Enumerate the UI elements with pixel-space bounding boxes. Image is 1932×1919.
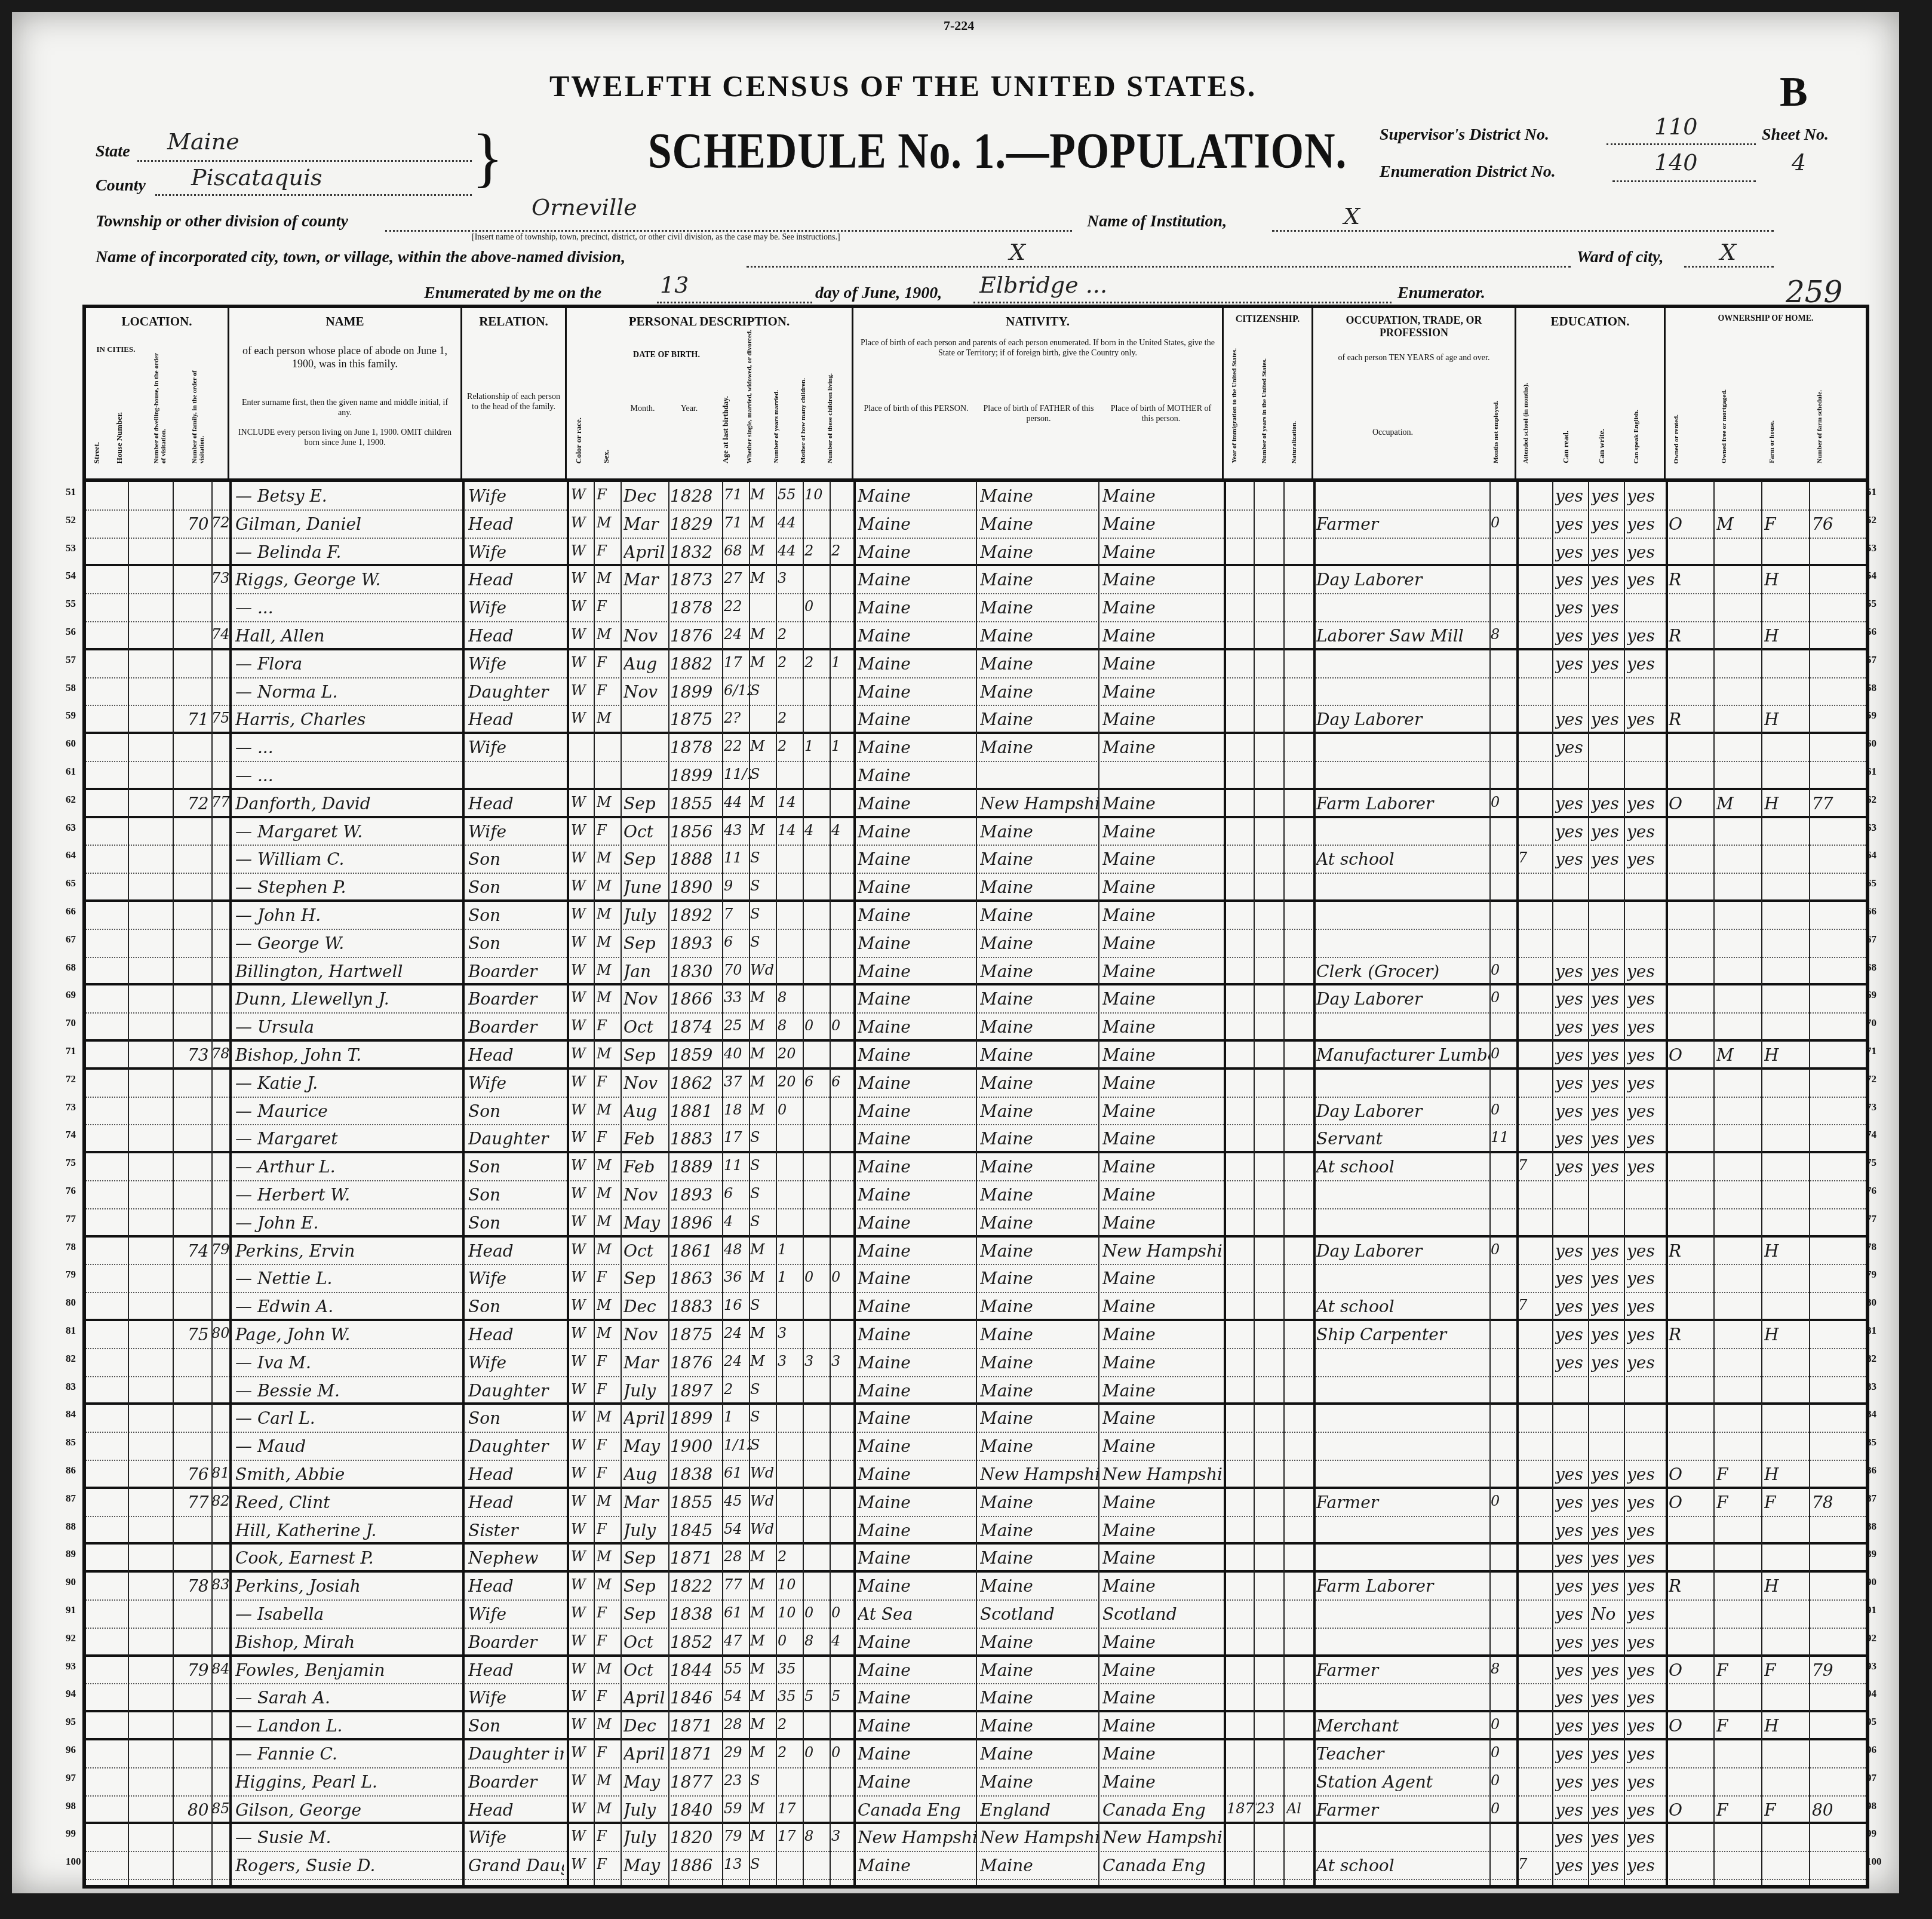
cell-write: yes [1591, 1045, 1627, 1065]
line-number: 88 [66, 1521, 76, 1533]
column-divider [1098, 481, 1099, 1885]
cell-color: W [571, 1213, 595, 1230]
cell-fs: 76 [1812, 514, 1860, 534]
city-label: Name of incorporated city, town, or vill… [96, 248, 625, 267]
cell-bf: Maine [980, 486, 1099, 506]
cell-month: Aug [623, 654, 668, 674]
cell-age: 16 [724, 1297, 751, 1313]
cell-write: yes [1591, 1241, 1627, 1261]
cell-mar: M [750, 1045, 777, 1062]
line-number: 55 [1866, 598, 1876, 610]
cell-write: yes [1591, 654, 1627, 674]
cell-unemp: 0 [1491, 514, 1515, 531]
cell-rel: Head [468, 1241, 564, 1261]
cell-month: Dec [623, 1297, 668, 1316]
cell-month: July [623, 905, 668, 925]
cell-eng: yes [1627, 1828, 1663, 1847]
cell-mc: 0 [804, 1604, 831, 1621]
column-divider [128, 481, 129, 1885]
cell-rel: Son [468, 934, 564, 953]
cell-own: R [1669, 626, 1713, 646]
cell-mar: M [750, 822, 777, 839]
cell-year: 1886 [670, 1856, 721, 1875]
cell-year: 1871 [670, 1716, 721, 1736]
cell-eng: yes [1627, 1548, 1663, 1568]
cell-cl: 5 [831, 1688, 852, 1705]
line-number: 74 [66, 1129, 76, 1141]
cell-month: Oct [623, 1017, 668, 1037]
cell-bf: Maine [980, 877, 1099, 897]
cell-month: June [623, 877, 668, 897]
cell-bf: Maine [980, 514, 1099, 534]
cell-bf: Maine [980, 1045, 1099, 1065]
cell-age: 54 [724, 1688, 751, 1705]
cell-sex: M [597, 1157, 621, 1174]
cell-rel: Wife [468, 1073, 564, 1093]
cell-color: W [571, 1772, 595, 1789]
line-number: 67 [66, 934, 76, 945]
cell-name: Perkins, Josiah [235, 1576, 462, 1596]
cell-name: Fowles, Benjamin [235, 1660, 462, 1680]
cell-eng: yes [1627, 710, 1663, 729]
cell-fh: H [1764, 1325, 1809, 1344]
cell-rel: Son [468, 1297, 564, 1316]
cell-year: 1871 [670, 1548, 721, 1568]
cell-year: 1830 [670, 962, 721, 981]
cell-unemp: 0 [1491, 1045, 1515, 1062]
line-number: 82 [66, 1353, 76, 1365]
line-number: 77 [1866, 1213, 1876, 1225]
cell-name: Dunn, Llewellyn J. [235, 989, 462, 1009]
cell-name: — Susie M. [235, 1828, 462, 1847]
cell-color: W [571, 1017, 595, 1034]
census-title: TWELFTH CENSUS OF THE UNITED STATES. [549, 69, 1257, 103]
cell-age: 48 [724, 1241, 751, 1258]
cell-rel: Boarder [468, 1632, 564, 1652]
cell-bm: Maine [1102, 1157, 1222, 1177]
cell-write: yes [1591, 1828, 1627, 1847]
cell-year: 1899 [670, 1408, 721, 1428]
form-number: 7-224 [944, 18, 974, 33]
cell-mc: 0 [804, 598, 831, 615]
cell-cl: 0 [831, 1744, 852, 1761]
cell-name: — Arthur L. [235, 1157, 462, 1177]
cell-rel: Boarder [468, 1017, 564, 1037]
line-number: 86 [1866, 1464, 1876, 1476]
cell-own: O [1669, 1045, 1713, 1065]
institution-value: X [1344, 203, 1360, 229]
cell-read: yes [1555, 989, 1591, 1009]
cell-write: yes [1591, 1157, 1627, 1177]
cell-sex: F [597, 1688, 621, 1705]
cell-color: W [571, 1521, 595, 1537]
cell-month: Mar [623, 1493, 668, 1512]
cell-month: Mar [623, 514, 668, 534]
cell-read: yes [1555, 710, 1591, 729]
cell-mar: M [750, 738, 777, 754]
cell-year: 1838 [670, 1464, 721, 1484]
cell-bf: Maine [980, 962, 1099, 981]
cell-eng: yes [1627, 822, 1663, 842]
cell-read: yes [1555, 1353, 1591, 1373]
line-number: 65 [1866, 877, 1876, 889]
cell-bf: Maine [980, 1297, 1099, 1316]
cell-bm: Maine [1102, 962, 1222, 981]
column-divider [1588, 481, 1589, 1885]
cell-name: — Ursula [235, 1017, 462, 1037]
cell-year: 1899 [670, 766, 721, 785]
cell-mar: M [750, 486, 777, 503]
cell-month: July [623, 1521, 668, 1540]
cell-age: 24 [724, 626, 751, 643]
cell-occ: Ship Carpenter [1316, 1325, 1489, 1344]
cell-mc: 2 [804, 654, 831, 671]
line-number: 52 [66, 514, 76, 526]
cell-mar: S [750, 1408, 777, 1425]
cell-age: 6/12 [724, 682, 751, 699]
cell-year: 1855 [670, 794, 721, 813]
cell-ym: 2 [778, 738, 804, 754]
cell-bf: Maine [980, 905, 1099, 925]
cell-year: 1863 [670, 1269, 721, 1288]
cell-rel: Head [468, 514, 564, 534]
cell-name: — William C. [235, 849, 462, 869]
cell-bf: Maine [980, 1688, 1099, 1708]
cell-color: W [571, 1493, 595, 1509]
cell-occ: At school [1316, 1856, 1489, 1875]
cell-mar: M [750, 1548, 777, 1565]
line-number: 83 [1866, 1381, 1876, 1393]
cell-mar: M [750, 514, 777, 531]
cell-mar: M [750, 570, 777, 587]
cell-write: yes [1591, 1660, 1627, 1680]
cell-year: 1897 [670, 1381, 721, 1401]
cell-year: 1874 [670, 1017, 721, 1037]
supervisor-value: 110 [1654, 113, 1698, 140]
cell-mar: Wd [750, 1521, 777, 1537]
line-number: 100 [66, 1856, 81, 1868]
column-divider [1224, 481, 1226, 1885]
line-number: 76 [66, 1185, 76, 1197]
cell-write: yes [1591, 710, 1627, 729]
cell-fh: F [1764, 1493, 1809, 1512]
cell-age: 40 [724, 1045, 751, 1062]
line-number: 67 [1866, 934, 1876, 945]
cell-bp: Maine [858, 1101, 977, 1121]
line-number: 94 [1866, 1688, 1876, 1700]
cell-color: W [571, 626, 595, 643]
cell-yrs: 23 [1257, 1800, 1286, 1817]
cell-month: Sep [623, 1269, 668, 1288]
cell-bp: Maine [858, 1493, 977, 1512]
cell-bp: Maine [858, 877, 977, 897]
cell-read: yes [1555, 626, 1591, 646]
cell-mar: S [750, 849, 777, 866]
cell-bf: Maine [980, 1521, 1099, 1540]
cell-fm: M [1716, 794, 1761, 813]
cell-write: yes [1591, 1325, 1627, 1344]
cell-rel: Daughter in Law [468, 1744, 564, 1764]
cell-fam: 77 [211, 794, 229, 810]
cell-eng: yes [1627, 1493, 1663, 1512]
cell-year: 1875 [670, 710, 721, 729]
cell-read: yes [1555, 1017, 1591, 1037]
cell-ym: 2 [778, 1716, 804, 1733]
cell-eng: yes [1627, 626, 1663, 646]
cell-name: — Iva M. [235, 1353, 462, 1373]
cell-age: 9 [724, 877, 751, 894]
location-header: LOCATION. IN CITIES. Street. House Numbe… [86, 308, 229, 481]
cell-mar: M [750, 1325, 777, 1341]
line-number: 57 [66, 654, 76, 666]
line-number: 94 [66, 1688, 76, 1700]
cell-ym: 2 [778, 1744, 804, 1761]
cell-year: 1890 [670, 877, 721, 897]
cell-bp: Maine [858, 1688, 977, 1708]
cell-sex: M [597, 849, 621, 866]
cell-mar: S [750, 1213, 777, 1230]
cell-year: 1899 [670, 682, 721, 702]
cell-write: yes [1591, 1548, 1627, 1568]
cell-bm: Maine [1102, 710, 1222, 729]
cell-rel: Wife [468, 654, 564, 674]
line-number: 59 [66, 710, 76, 721]
cell-color: W [571, 654, 595, 671]
cell-age: 18 [724, 1101, 751, 1118]
cell-name: — John E. [235, 1213, 462, 1233]
cell-bp: Maine [858, 1856, 977, 1875]
column-divider [1624, 481, 1625, 1885]
cell-rel: Wife [468, 1269, 564, 1288]
cell-mc: 6 [804, 1073, 831, 1090]
line-number: 55 [66, 598, 76, 610]
cell-age: 44 [724, 794, 751, 810]
cell-write: yes [1591, 626, 1627, 646]
cell-year: 1855 [670, 1493, 721, 1512]
cell-sex: M [597, 1576, 621, 1593]
cell-fam: 84 [211, 1660, 229, 1677]
cell-year: 1828 [670, 486, 721, 506]
line-number: 96 [66, 1744, 76, 1756]
cell-fh: H [1764, 1716, 1809, 1736]
cell-name: — Bessie M. [235, 1381, 462, 1401]
cell-bf: Maine [980, 1017, 1099, 1037]
cell-year: 1876 [670, 1353, 721, 1373]
line-number: 93 [66, 1660, 76, 1672]
line-number: 91 [66, 1604, 76, 1616]
cell-ym: 1 [778, 1241, 804, 1258]
column-divider [776, 481, 777, 1885]
cell-ym: 17 [778, 1828, 804, 1844]
cell-month: Sep [623, 1548, 668, 1568]
cell-age: 6 [724, 934, 751, 950]
cell-read: yes [1555, 486, 1591, 506]
cell-year: 1820 [670, 1828, 721, 1847]
cell-bm: Maine [1102, 794, 1222, 813]
cell-eng: yes [1627, 1800, 1663, 1820]
cell-eng: yes [1627, 514, 1663, 534]
cell-bp: Maine [858, 710, 977, 729]
column-divider [462, 481, 465, 1885]
line-number: 68 [66, 962, 76, 974]
cell-name: Higgins, Pearl L. [235, 1772, 462, 1792]
line-number: 53 [1866, 542, 1876, 554]
cell-mc: 8 [804, 1632, 831, 1649]
cell-write: yes [1591, 1688, 1627, 1708]
cell-mar: Wd [750, 1464, 777, 1481]
cell-age: 28 [724, 1716, 751, 1733]
cell-month: May [623, 1772, 668, 1792]
cell-rel: Wife [468, 1828, 564, 1847]
cell-name: Gilman, Daniel [235, 514, 462, 534]
line-number: 95 [1866, 1716, 1876, 1728]
line-number: 58 [1866, 682, 1876, 694]
cell-year: 1856 [670, 822, 721, 842]
line-number: 59 [1866, 710, 1876, 721]
cell-bf: Maine [980, 1241, 1099, 1261]
cell-bp: Maine [858, 1576, 977, 1596]
line-number: 80 [66, 1297, 76, 1309]
cell-bp: Maine [858, 570, 977, 589]
cell-own: O [1669, 1716, 1713, 1736]
cell-mar: M [750, 1017, 777, 1034]
cell-age: 24 [724, 1325, 751, 1341]
cell-mar: M [750, 1688, 777, 1705]
cell-bf: Maine [980, 1381, 1099, 1401]
cell-sex: M [597, 1660, 621, 1677]
cell-bp: Maine [858, 1408, 977, 1428]
cell-bp: Maine [858, 1716, 977, 1736]
cell-write: yes [1591, 822, 1627, 842]
cell-name: Page, John W. [235, 1325, 462, 1344]
cell-sch: 7 [1518, 1157, 1542, 1174]
line-number: 65 [66, 877, 76, 889]
cell-occ: Day Laborer [1316, 570, 1489, 589]
state-label: State [96, 142, 130, 161]
cell-ym: 20 [778, 1045, 804, 1062]
cell-mar: M [750, 1632, 777, 1649]
cell-read: yes [1555, 1856, 1591, 1875]
cell-name: Hill, Katherine J. [235, 1521, 462, 1540]
cell-bp: Maine [858, 1297, 977, 1316]
cell-bp: Maine [858, 514, 977, 534]
cell-own: O [1669, 1464, 1713, 1484]
cell-rel: Head [468, 1493, 564, 1512]
cell-color: W [571, 1660, 595, 1677]
cell-rel: Son [468, 1101, 564, 1121]
column-divider [1666, 481, 1668, 1885]
cell-year: 1883 [670, 1129, 721, 1149]
cell-ym: 2 [778, 654, 804, 671]
cell-year: 1822 [670, 1576, 721, 1596]
cell-sex: F [597, 1521, 621, 1537]
cell-bp: Maine [858, 738, 977, 757]
cell-unemp: 0 [1491, 1493, 1515, 1509]
cell-year: 1866 [670, 989, 721, 1009]
cell-occ: At school [1316, 1157, 1489, 1177]
cell-sex: M [597, 626, 621, 643]
cell-rel: Wife [468, 822, 564, 842]
cell-mar: M [750, 794, 777, 810]
cell-age: 6 [724, 1185, 751, 1202]
cell-bm: Maine [1102, 738, 1222, 757]
cell-unemp: 8 [1491, 1660, 1515, 1677]
line-number: 60 [1866, 738, 1876, 750]
cell-unemp: 0 [1491, 1716, 1515, 1733]
cell-rel: Wife [468, 486, 564, 506]
cell-own: O [1669, 794, 1713, 813]
cell-bf: Maine [980, 1548, 1099, 1568]
cell-eng: yes [1627, 486, 1663, 506]
cell-mar: M [750, 1576, 777, 1593]
schedule-title: SCHEDULE No. 1.—POPULATION. [648, 122, 1347, 180]
cell-eng: yes [1627, 1716, 1663, 1736]
cell-name: Reed, Clint [235, 1493, 462, 1512]
column-divider [976, 481, 977, 1885]
cell-ym: 14 [778, 822, 804, 839]
cell-age: 28 [724, 1548, 751, 1565]
line-number: 63 [1866, 822, 1876, 834]
cell-read: yes [1555, 1045, 1591, 1065]
line-number: 56 [66, 626, 76, 638]
cell-color: W [571, 1744, 595, 1761]
line-number: 75 [1866, 1157, 1876, 1169]
cell-name: Bishop, John T. [235, 1045, 462, 1065]
cell-color: W [571, 905, 595, 922]
cell-sex: M [597, 1548, 621, 1565]
cell-month: Nov [623, 989, 668, 1009]
cell-occ: At school [1316, 849, 1489, 869]
cell-month: April [623, 1744, 668, 1764]
cell-sex: M [597, 1493, 621, 1509]
cell-fh: H [1764, 626, 1809, 646]
cell-ym: 1 [778, 1269, 804, 1285]
cell-bf: Maine [980, 989, 1099, 1009]
cell-sch: 7 [1518, 1856, 1542, 1872]
cell-color: W [571, 570, 595, 587]
cell-ym: 44 [778, 542, 804, 559]
cell-color: W [571, 1548, 595, 1565]
cell-rel: Wife [468, 542, 564, 562]
cell-age: 36 [724, 1269, 751, 1285]
cell-year: 1900 [670, 1436, 721, 1456]
cell-bp: Maine [858, 1157, 977, 1177]
line-number: 72 [1866, 1073, 1876, 1085]
cell-cl: 0 [831, 1017, 852, 1034]
cell-bp: Maine [858, 1073, 977, 1093]
township-label: Township or other division of county [96, 212, 348, 231]
cell-read: yes [1555, 542, 1591, 562]
line-number: 89 [66, 1548, 76, 1560]
cell-eng: yes [1627, 654, 1663, 674]
cell-mar: S [750, 1157, 777, 1174]
cell-read: yes [1555, 794, 1591, 813]
cell-name: — Maud [235, 1436, 462, 1456]
cell-year: 1882 [670, 654, 721, 674]
cell-month: Jan [623, 962, 668, 981]
line-number: 71 [66, 1045, 76, 1057]
cell-rel: Daughter [468, 682, 564, 702]
cell-bp: Maine [858, 1269, 977, 1288]
line-number: 85 [1866, 1436, 1876, 1448]
cell-mar: M [750, 1660, 777, 1677]
line-number: 93 [1866, 1660, 1876, 1672]
cell-cl: 3 [831, 1353, 852, 1370]
cell-own: O [1669, 514, 1713, 534]
cell-sex: M [597, 1241, 621, 1258]
cell-month: July [623, 1828, 668, 1847]
cell-year: 1838 [670, 1604, 721, 1624]
